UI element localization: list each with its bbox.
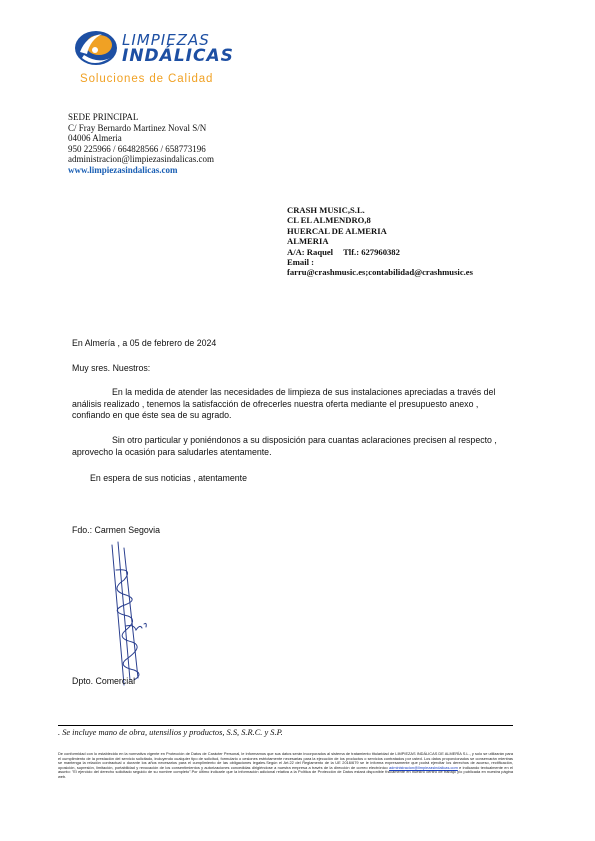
footer-divider (58, 725, 513, 726)
sender-address-block: SEDE PRINCIPAL C/ Fray Bernardo Martinez… (68, 112, 214, 176)
sender-address: C/ Fray Bernardo Martinez Noval S/N (68, 123, 214, 134)
footer-note: . Se incluye mano de obra, utensilios y … (58, 728, 283, 737)
recipient-attn: A/A: Raquel (287, 247, 333, 257)
recipient-town: HUERCAL DE ALMERIA (287, 226, 473, 236)
sender-email: administracion@limpiezasindalicas.com (68, 154, 214, 165)
paragraph-2-first-line: Sin otro particular y poniéndonos a su d… (112, 435, 497, 445)
paragraph-1-rest: análisis realizado , tenemos la satisfac… (72, 399, 478, 421)
letter-date: En Almería , a 05 de febrero de 2024 (72, 338, 512, 350)
paragraph-2-rest: aprovecho la ocasión para saludarles ate… (72, 447, 272, 457)
letter-paragraph-1: En la medida de atender las necesidades … (72, 387, 512, 422)
signed-by: Fdo.: Carmen Segovia (72, 525, 512, 537)
recipient-street: CL EL ALMENDRO,8 (287, 215, 473, 225)
recipient-province: ALMERIA (287, 236, 473, 246)
logo-text-line2: INDÁLICAS (122, 48, 234, 65)
handwritten-signature-icon (104, 540, 164, 690)
letter-greeting: Muy sres. Nuestros: (72, 363, 512, 375)
recipient-contact: A/A: RaquelTlf.: 627960382 (287, 247, 473, 257)
recipient-name: CRASH MUSIC,S.L. (287, 205, 473, 215)
legal-privacy-notice: De conformidad con lo establecido en la … (58, 752, 513, 780)
letter-closing: En espera de sus noticias , atentamente (90, 473, 530, 485)
recipient-email-label: Email : (287, 257, 473, 267)
paragraph-1-first-line: En la medida de atender las necesidades … (112, 387, 495, 397)
sender-city: 04006 Almeria (68, 133, 214, 144)
sender-title: SEDE PRINCIPAL (68, 112, 214, 123)
company-logo: LIMPIEZAS INDÁLICAS Soluciones de Calida… (72, 26, 232, 92)
recipient-emails: farru@crashmusic.es;contabilidad@crashmu… (287, 267, 473, 277)
letter-paragraph-2: Sin otro particular y poniéndonos a su d… (72, 435, 512, 458)
recipient-phone: Tlf.: 627960382 (343, 247, 400, 257)
department: Dpto. Comercial (72, 676, 512, 688)
sender-phones: 950 225966 / 664828566 / 658773196 (68, 144, 214, 155)
logo-swirl-icon (72, 28, 120, 70)
sender-website-link[interactable]: www.limpiezasindalicas.com (68, 165, 214, 176)
recipient-address-block: CRASH MUSIC,S.L. CL EL ALMENDRO,8 HUERCA… (287, 205, 473, 278)
logo-tagline: Soluciones de Calidad (80, 73, 213, 85)
